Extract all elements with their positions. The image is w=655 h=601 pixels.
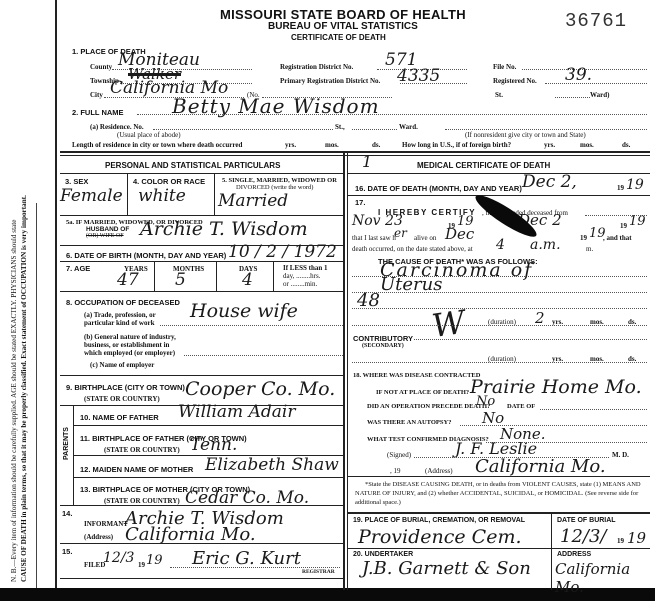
registrar-label: REGISTRAR	[302, 569, 335, 575]
side-instructions: N. B.—Every item of information should b…	[2, 20, 36, 585]
city-label: City	[90, 91, 103, 99]
undertaker-address-value: California Mo.	[555, 560, 655, 596]
attended-to-year: 19	[629, 214, 646, 229]
contributory-duration-line	[352, 362, 647, 363]
length-ds-label: ds.	[372, 141, 380, 149]
alive-on-value: Dec	[445, 225, 474, 243]
length-yrs-label: yrs.	[285, 141, 296, 149]
section-divider-thin	[60, 155, 650, 156]
row-rule	[60, 375, 343, 376]
dob-value: 10 / 2 / 1972	[228, 242, 337, 262]
primary-registration-label: Primary Registration District No.	[280, 77, 380, 85]
item-15: 15.	[62, 547, 72, 556]
form-subtitle: BUREAU OF VITAL STATISTICS	[268, 21, 418, 32]
secondary-label: (SECONDARY)	[362, 343, 404, 349]
registered-no-label: Registered No.	[493, 77, 537, 85]
marital-value: Married	[218, 191, 288, 211]
residence-st-line	[352, 129, 397, 130]
less-than-label3: or ........min.	[283, 280, 317, 288]
age-years-value: 47	[117, 270, 139, 290]
informant-address-label: (Address)	[84, 533, 113, 541]
informant-address-value: California Mo.	[125, 524, 256, 545]
autopsy-line	[460, 425, 647, 426]
operation-value: No	[476, 394, 495, 409]
margin-mark: 1	[362, 152, 372, 171]
column-divider	[343, 153, 345, 590]
race-value: white	[138, 186, 186, 206]
personal-section-title: PERSONAL AND STATISTICAL PARTICULARS	[105, 161, 280, 170]
foreign-birth-label: How long in U.S., if of foreign birth?	[402, 141, 511, 149]
row-rule	[60, 578, 343, 579]
cause-line-3	[352, 308, 647, 309]
form-left-border	[55, 0, 57, 590]
item-18-label: 18. WHERE WAS DISEASE CONTRACTED	[353, 372, 480, 379]
date-of-death-value: Dec 2,	[522, 172, 577, 192]
informant-label: INFORMANT	[84, 520, 128, 528]
marital-label: 5. SINGLE, MARRIED, WIDOWED OR	[222, 177, 337, 184]
row-rule	[60, 215, 343, 216]
operation-label: DID AN OPERATION PRECEDE DEATH?	[367, 403, 490, 410]
burial-place-label: 19. PLACE OF BURIAL, CREMATION, OR REMOV…	[353, 517, 525, 524]
full-name-value: Betty Mae Wisdom	[172, 94, 380, 118]
burial-date-value: 12/3/	[560, 526, 607, 547]
filed-year-value: 19	[146, 553, 163, 568]
operation-date-line	[540, 409, 647, 410]
death-occurred-label: death occurred, on the date stated above…	[352, 245, 473, 253]
item-17: 17.	[355, 198, 365, 207]
row-rule	[60, 291, 343, 292]
occupation-line	[160, 325, 343, 326]
nonresident-note: (If nonresident give city or town and St…	[465, 131, 586, 139]
less-than-label2: day, ........hrs.	[283, 272, 320, 280]
parents-label: PARENTS	[63, 427, 70, 460]
occupation-b-label3: which employed (or employer)	[84, 349, 175, 357]
birthplace-label: 9. BIRTHPLACE (CITY OR TOWN)	[66, 383, 185, 392]
form-title: MISSOURI STATE BOARD OF HEALTH	[220, 7, 466, 22]
not-at-place-label: IF NOT AT PLACE OF DEATH?	[376, 389, 469, 396]
row-rule	[347, 548, 650, 549]
row-rule	[60, 261, 343, 262]
dod-year-value: 19	[626, 177, 644, 193]
form-name: CERTIFICATE OF DEATH	[291, 33, 386, 42]
death-ampm-value: a.m.	[530, 237, 561, 253]
dob-label: 6. DATE OF BIRTH (MONTH, DAY AND YEAR)	[66, 251, 226, 260]
age-months-value: 5	[175, 270, 186, 290]
birthplace-value: Cooper Co. Mo.	[185, 378, 335, 400]
st-label: St.	[495, 91, 503, 99]
mother-birthplace-state-label: (STATE OR COUNTRY)	[104, 497, 180, 505]
undertaker-value: J.B. Garnett & Son	[362, 558, 531, 579]
contributory-line	[414, 339, 647, 340]
cause-line2-value: Uterus	[380, 274, 443, 295]
autopsy-label: WAS THERE AN AUTOPSY?	[367, 419, 451, 426]
side-rule	[36, 203, 37, 588]
death-time-value: 4	[496, 237, 505, 253]
side-instructions-line1: N. B.—Every item of information should b…	[9, 22, 19, 582]
marital-label2: DIVORCED (write the word)	[236, 184, 313, 191]
mother-value: Elizabeth Shaw	[205, 455, 339, 475]
residence-ward-label: Ward.	[399, 123, 418, 131]
row-rule	[347, 195, 650, 196]
burial-place-value: Providence Cem.	[358, 526, 522, 548]
spouse-label3: (OR) WIFE OF	[86, 233, 124, 239]
burial-date-label: DATE OF BURIAL	[557, 517, 616, 524]
physician-address-value: California Mo.	[475, 456, 606, 477]
row-rule	[60, 505, 343, 506]
row-rule	[73, 425, 343, 426]
father-label: 10. NAME OF FATHER	[80, 413, 159, 422]
occupation-label: 8. OCCUPATION OF DECEASED	[66, 298, 180, 307]
length-mos-label: mos.	[325, 141, 339, 149]
father-value: William Adair	[178, 402, 295, 422]
occupation-b-label2: business, or establishment in	[84, 341, 169, 349]
signed-label: (Signed)	[387, 451, 411, 459]
column-divider-thin	[347, 153, 348, 590]
race-label: 4. COLOR OR RACE	[133, 177, 205, 186]
registrar-signature: Eric G. Kurt	[192, 548, 301, 569]
attended-to-year-prefix: 19	[620, 222, 627, 230]
industry-line	[184, 355, 343, 356]
birthplace-state-label: (STATE OR COUNTRY)	[84, 395, 160, 403]
full-name-label: 2. FULL NAME	[72, 108, 124, 117]
certificate-number: 36761	[565, 10, 627, 32]
occupation-a-label1: (a) Trade, profession, or	[84, 311, 156, 319]
residence-ward-line	[445, 129, 647, 130]
filed-year-prefix: 19	[138, 561, 145, 569]
spouse-value: Archie T. Wisdom	[140, 218, 308, 240]
occupation-a-label2: particular kind of work	[84, 319, 154, 327]
less-than-label1: If LESS than 1	[283, 264, 328, 272]
county-label: County	[90, 63, 112, 71]
registered-no-value: 39.	[565, 65, 592, 85]
row-rule	[347, 512, 650, 514]
undertaker-label: 20. UNDERTAKER	[353, 551, 413, 558]
row-rule	[347, 476, 650, 477]
sex-value: Female	[60, 186, 123, 206]
father-birthplace-value: Tenn.	[190, 435, 237, 455]
length-residence-label: Length of residence in city or town wher…	[72, 141, 242, 149]
section-divider	[60, 151, 650, 153]
contracted-value: Prairie Home Mo.	[470, 376, 642, 398]
ward-line	[555, 97, 590, 98]
sex-label: 3. SEX	[65, 177, 88, 186]
cell-rule	[216, 261, 217, 291]
cell-rule	[154, 261, 155, 291]
burial-year-prefix: 19	[617, 537, 624, 545]
primary-registration-value: 4335	[397, 66, 440, 86]
residence-label: (a) Residence. No.	[90, 123, 144, 131]
burial-year-value: 19	[627, 529, 646, 547]
foreign-ds-label: ds.	[622, 141, 630, 149]
duration-line	[352, 325, 647, 326]
mother-label: 12. MAIDEN NAME OF MOTHER	[80, 465, 193, 474]
last-saw-her: er	[394, 226, 407, 240]
alive-on-year-prefix: 19	[580, 234, 587, 242]
medical-section-title: MEDICAL CERTIFICATE OF DEATH	[417, 161, 550, 170]
contributory-label: CONTRIBUTORY	[353, 334, 413, 343]
stamp-mark: 48	[357, 290, 380, 311]
physician-date-prefix: , 19	[390, 467, 401, 475]
alive-on-label: alive on	[414, 234, 436, 242]
occupation-b-label1: (b) General nature of industry,	[84, 333, 176, 341]
row-rule	[60, 543, 343, 544]
operation-date-label: DATE OF	[507, 403, 535, 410]
row-rule	[73, 477, 343, 478]
physician-address-label: (Address)	[425, 467, 453, 475]
occupation-c-label: (c) Name of employer	[90, 361, 154, 369]
and-that-label: , and that	[603, 234, 632, 242]
file-no-label: File No.	[493, 63, 516, 71]
side-instructions-line2: CAUSE OF DEATH in plain terms, so that i…	[19, 22, 29, 582]
residence-st-label: St.,	[335, 123, 345, 131]
registered-no-line	[545, 83, 647, 84]
undertaker-address-label: ADDRESS	[557, 551, 591, 558]
burial-divider	[551, 512, 552, 590]
cell-rule	[273, 261, 274, 291]
foreign-yrs-label: yrs.	[544, 141, 555, 149]
spouse-label2: HUSBAND OF	[86, 226, 129, 233]
residence-line	[153, 129, 333, 130]
row-rule	[347, 173, 650, 174]
cell-rule	[127, 173, 128, 215]
cell-rule	[214, 173, 215, 215]
dod-year-prefix: 19	[617, 184, 624, 192]
age-label: 7. AGE	[66, 264, 90, 273]
last-saw-label: that I last saw h	[352, 234, 396, 242]
registration-district-label: Registration District No.	[280, 63, 353, 71]
father-birthplace-state-label: (STATE OR COUNTRY)	[104, 446, 180, 454]
occupation-value: House wife	[190, 300, 298, 322]
m-suffix: m.	[586, 245, 593, 253]
age-days-value: 4	[242, 270, 253, 290]
filed-date-value: 12/3	[103, 550, 134, 566]
medical-footnote: *State the DISEASE CAUSING DEATH, or in …	[355, 480, 645, 507]
ward-label: Ward)	[590, 91, 609, 99]
usual-place-label: (Usual place of abode)	[117, 131, 181, 139]
date-of-death-label: 16. DATE OF DEATH (MONTH, DAY AND YEAR)	[355, 184, 522, 193]
row-rule	[60, 173, 343, 174]
foreign-mos-label: mos.	[580, 141, 594, 149]
item-14: 14.	[62, 509, 72, 518]
md-label: M. D.	[612, 451, 629, 459]
